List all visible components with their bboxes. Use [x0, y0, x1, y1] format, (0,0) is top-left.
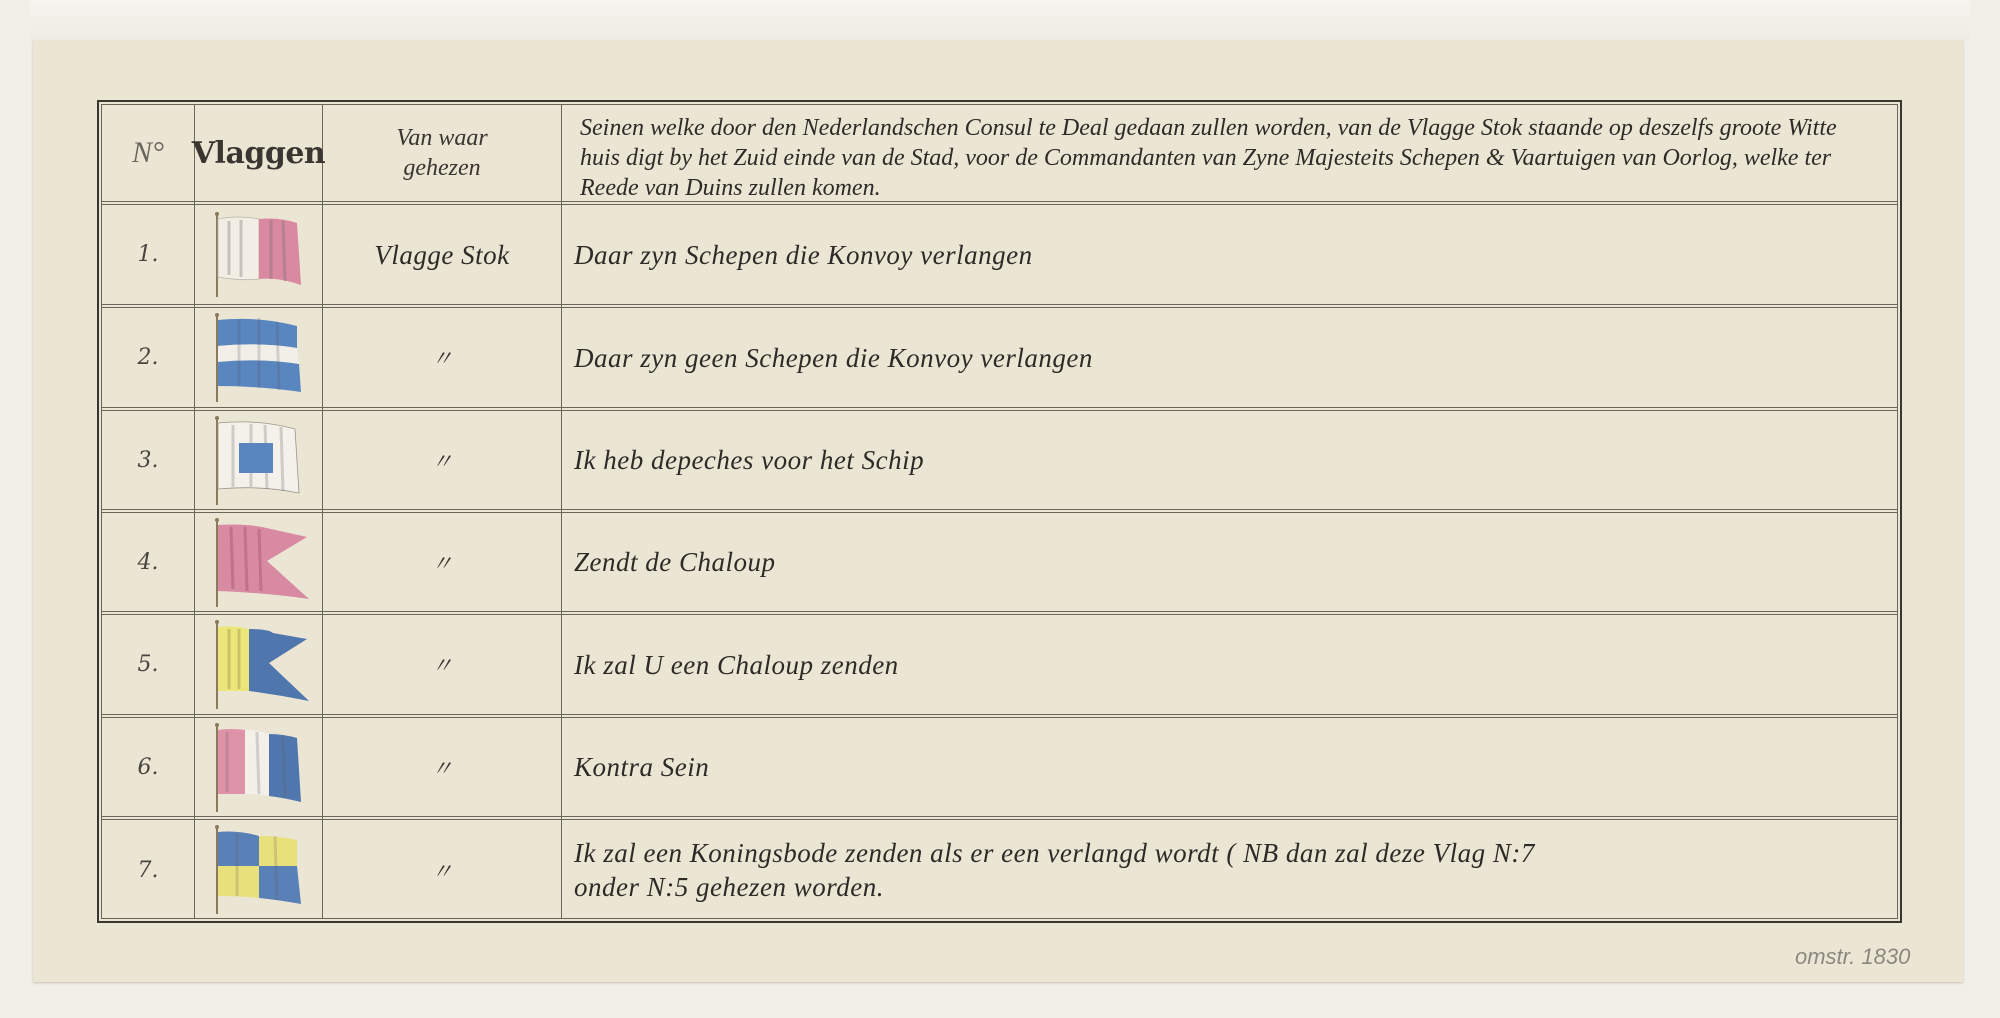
header-number-label: N° — [132, 136, 164, 170]
flag-cell — [195, 718, 322, 816]
signal-text: Ik heb depeches voor het Schip — [574, 443, 924, 477]
flag-icon-pink-white-blue — [209, 722, 309, 814]
header-description-text: Seinen welke door den Nederlandschen Con… — [580, 115, 1837, 201]
flag-cell — [195, 820, 322, 920]
row-number-text: 1. — [138, 242, 159, 267]
signal-meaning: Ik heb depeches voor het Schip — [574, 411, 1874, 509]
ditto-mark: 〃 — [323, 513, 561, 611]
row-number-text: 4. — [138, 550, 159, 575]
row-number: 7. — [102, 820, 194, 920]
ditto-mark: 〃 — [323, 615, 561, 714]
ditto-mark: 〃 — [323, 820, 561, 920]
ditto-text: 〃 — [431, 445, 453, 476]
row-number: 2. — [102, 308, 194, 407]
row-number: 1. — [102, 205, 194, 304]
header-flags-label: Vlaggen — [192, 136, 325, 171]
flag-cell — [195, 411, 322, 509]
flag-icon-yellow-blue-swallowtail — [209, 619, 314, 711]
row-number: 6. — [102, 718, 194, 816]
flag-icon-white-blue-square — [209, 415, 309, 507]
ditto-mark: 〃 — [323, 718, 561, 816]
flag-icon-blue-white-blue — [209, 312, 309, 404]
header-seen-from-line2: gehezen — [403, 153, 480, 183]
signal-text-line1: Ik zal een Koningsbode zenden als er een… — [574, 836, 1535, 870]
ditto-mark: 〃 — [323, 308, 561, 407]
ditto-text: 〃 — [431, 649, 453, 680]
row-number-text: 2. — [138, 345, 159, 370]
signal-meaning: Daar zyn geen Schepen die Konvoy verlang… — [574, 308, 1874, 407]
signal-meaning: Ik zal U een Chaloup zenden — [574, 615, 1874, 714]
row-number: 3. — [102, 411, 194, 509]
mount-board — [30, 0, 1970, 40]
signal-meaning: Ik zal een Koningsbode zenden als er een… — [574, 820, 1874, 920]
ditto-text: 〃 — [431, 855, 453, 886]
header-seen-from-line1: Van waar — [396, 123, 487, 153]
flag-icon-white-pink — [209, 211, 309, 299]
seen-from: Vlagge Stok — [323, 205, 561, 304]
flag-cell — [195, 308, 322, 407]
ditto-text: 〃 — [431, 547, 453, 578]
seen-from-text: Vlagge Stok — [374, 238, 509, 272]
flag-cell — [195, 205, 322, 304]
signal-meaning: Kontra Sein — [574, 718, 1874, 816]
ditto-text: 〃 — [431, 342, 453, 373]
signal-text: Zendt de Chaloup — [574, 545, 776, 579]
flag-icon-blue-yellow-quartered — [209, 824, 309, 916]
row-number-text: 5. — [138, 652, 159, 677]
signal-table: N° Vlaggen Van waar gehezen Seinen welke… — [97, 100, 1902, 923]
ditto-text: 〃 — [431, 752, 453, 783]
signal-text-line2: onder N:5 gehezen worden. — [574, 870, 884, 904]
signal-text: Daar zyn Schepen die Konvoy verlangen — [574, 238, 1033, 272]
signal-meaning: Zendt de Chaloup — [574, 513, 1874, 611]
signal-meaning: Daar zyn Schepen die Konvoy verlangen — [574, 205, 1874, 304]
row-number-text: 7. — [138, 858, 159, 883]
flag-cell — [195, 513, 322, 611]
flag-icon-pink-swallowtail — [209, 517, 314, 609]
signal-text: Ik zal U een Chaloup zenden — [574, 648, 899, 682]
signal-text: Daar zyn geen Schepen die Konvoy verlang… — [574, 341, 1093, 375]
ditto-mark: 〃 — [323, 411, 561, 509]
header-number: N° — [102, 105, 194, 201]
header-seen-from: Van waar gehezen — [323, 105, 561, 201]
flag-cell — [195, 615, 322, 714]
table-inner-border: N° Vlaggen Van waar gehezen Seinen welke… — [101, 104, 1898, 919]
pencil-date-annotation: omstr. 1830 — [1795, 944, 1910, 970]
header-description: Seinen welke door den Nederlandschen Con… — [580, 113, 1880, 201]
row-number: 4. — [102, 513, 194, 611]
row-number: 5. — [102, 615, 194, 714]
row-number-text: 6. — [138, 755, 159, 780]
row-number-text: 3. — [138, 448, 159, 473]
signal-text: Kontra Sein — [574, 750, 709, 784]
header-flags: Vlaggen — [195, 105, 322, 201]
